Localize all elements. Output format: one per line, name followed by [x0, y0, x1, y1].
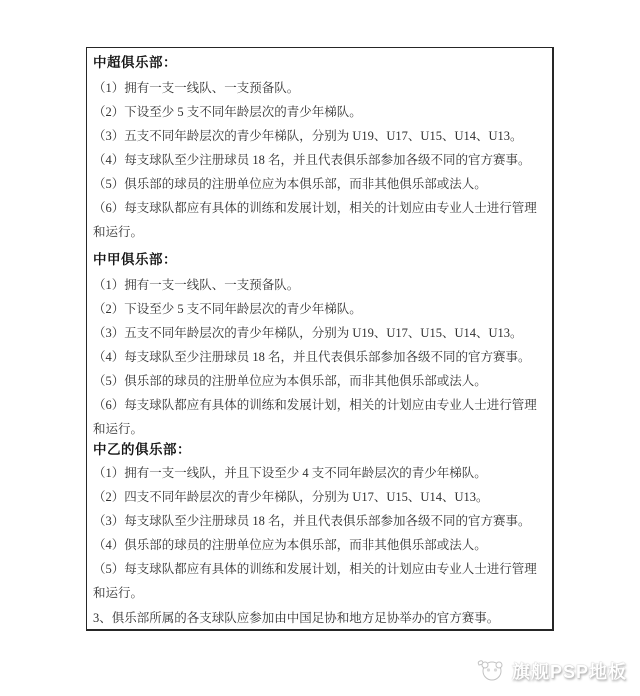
list-item: （4）每支球队至少注册球员 18 名，并且代表俱乐部参加各级不同的官方赛事。 — [93, 345, 548, 369]
watermark: 旗舰PSP地板 — [475, 657, 627, 685]
list-item: （5）俱乐部的球员的注册单位应为本俱乐部，而非其他俱乐部或法人。 — [93, 172, 548, 196]
list-item: （1）拥有一支一线队、一支预备队。 — [93, 273, 548, 297]
watermark-text: 旗舰PSP地板 — [512, 658, 627, 684]
list-item: （6）每支球队都应有具体的训练和发展计划，相关的计划应由专业人士进行管理和运行。 — [93, 196, 548, 244]
section-heading: 中甲俱乐部： — [93, 250, 548, 270]
list-item: （1）拥有一支一线队、一支预备队。 — [93, 76, 548, 100]
section-heading: 中乙的俱乐部： — [93, 441, 548, 459]
list-item: （4）每支球队至少注册球员 18 名，并且代表俱乐部参加各级不同的官方赛事。 — [93, 148, 548, 172]
list-item: （3）每支球队至少注册球员 18 名，并且代表俱乐部参加各级不同的官方赛事。 — [93, 509, 548, 533]
section-csl-clubs: 中超俱乐部： （1）拥有一支一线队、一支预备队。 （2）下设至少 5 支不同年龄… — [93, 53, 548, 244]
list-item: （2）四支不同年龄层次的青少年梯队，分别为 U17、U15、U14、U13。 — [93, 485, 548, 509]
panda-logo-icon — [475, 657, 507, 685]
list-item: （5）俱乐部的球员的注册单位应为本俱乐部，而非其他俱乐部或法人。 — [93, 369, 548, 393]
list-item: （3）五支不同年龄层次的青少年梯队，分别为 U19、U17、U15、U14、U1… — [93, 124, 548, 148]
list-item: （3）五支不同年龄层次的青少年梯队，分别为 U19、U17、U15、U14、U1… — [93, 321, 548, 345]
list-item: （4）俱乐部的球员的注册单位应为本俱乐部，而非其他俱乐部或法人。 — [93, 533, 548, 557]
section-heading: 中超俱乐部： — [93, 53, 548, 73]
list-item: （2）下设至少 5 支不同年龄层次的青少年梯队。 — [93, 100, 548, 124]
closing-note: 3、俱乐部所属的各支球队应参加由中国足协和地方足协举办的官方赛事。 — [93, 609, 548, 627]
list-item: （6）每支球队都应有具体的训练和发展计划，相关的计划应由专业人士进行管理和运行。 — [93, 393, 548, 441]
page: 中超俱乐部： （1）拥有一支一线队、一支预备队。 （2）下设至少 5 支不同年龄… — [0, 0, 640, 696]
list-item: （5）每支球队都应有具体的训练和发展计划，相关的计划应由专业人士进行管理和运行。 — [93, 557, 548, 605]
section-league-two-clubs: 中乙的俱乐部： （1）拥有一支一线队，并且下设至少 4 支不同年龄层次的青少年梯… — [93, 441, 548, 605]
document-frame: 中超俱乐部： （1）拥有一支一线队、一支预备队。 （2）下设至少 5 支不同年龄… — [86, 47, 554, 631]
list-item: （1）拥有一支一线队，并且下设至少 4 支不同年龄层次的青少年梯队。 — [93, 461, 548, 485]
section-league-one-clubs: 中甲俱乐部： （1）拥有一支一线队、一支预备队。 （2）下设至少 5 支不同年龄… — [93, 250, 548, 441]
list-item: （2）下设至少 5 支不同年龄层次的青少年梯队。 — [93, 297, 548, 321]
